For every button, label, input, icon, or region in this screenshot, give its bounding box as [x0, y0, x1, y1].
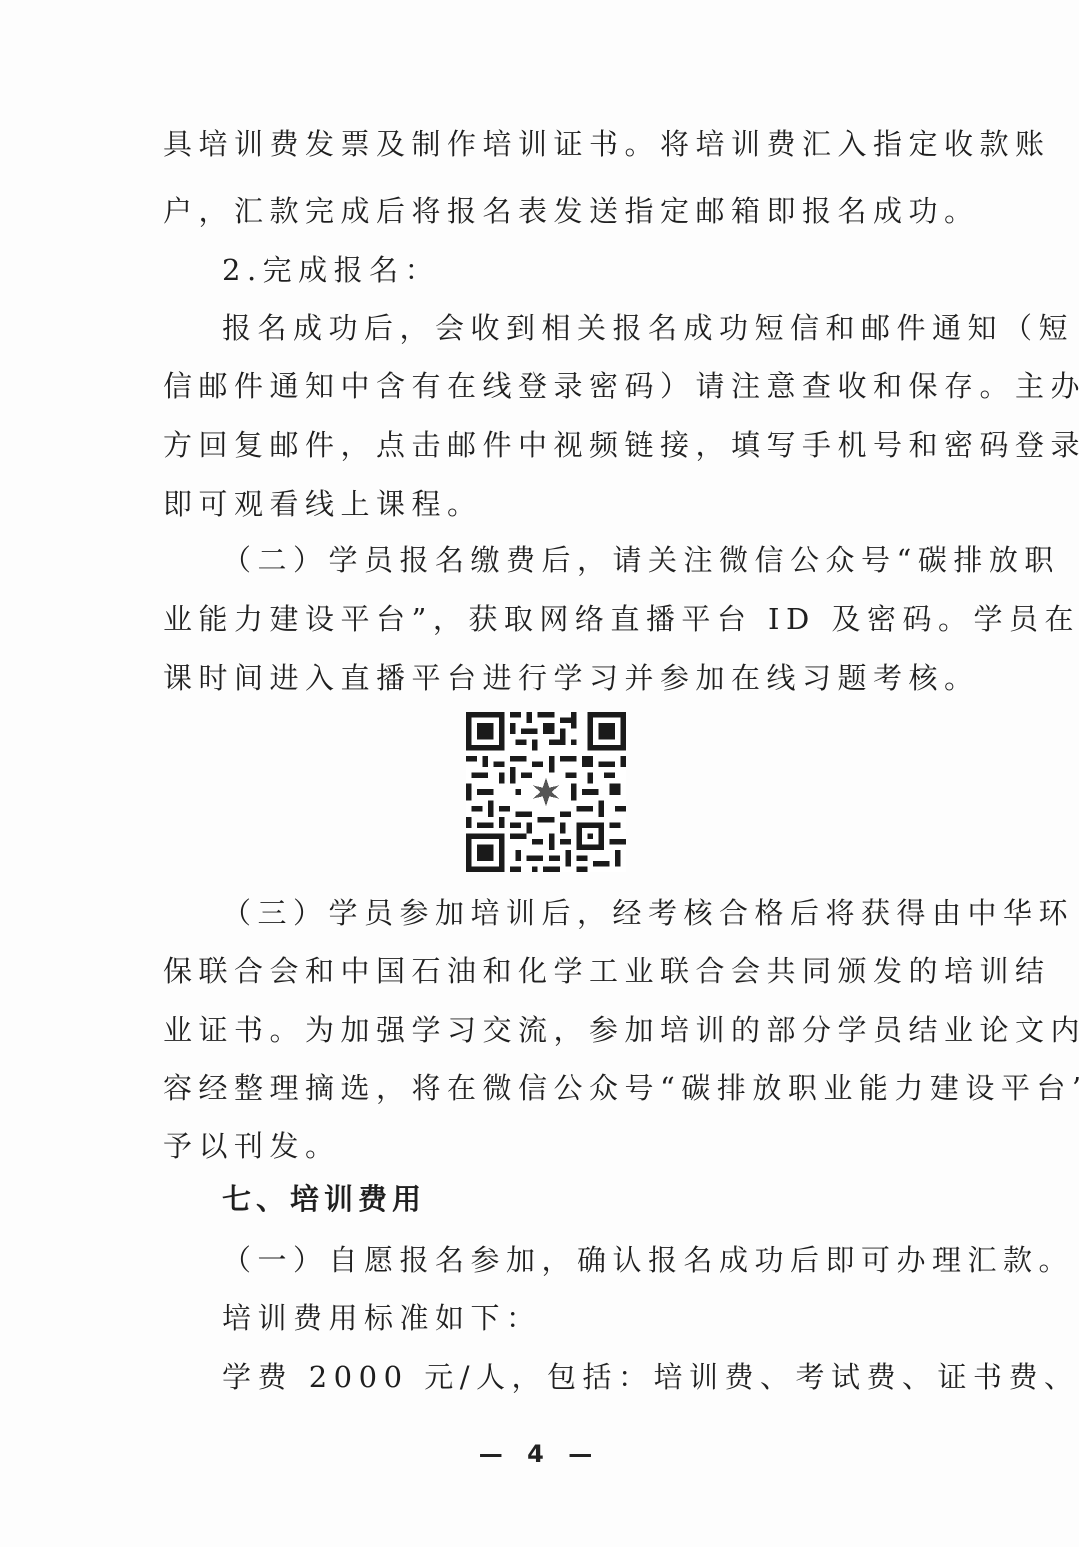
text-line-13: 业证书。为加强学习交流，参加培训的部分学员结业论文内	[163, 1012, 933, 1048]
text-line-7: 即可观看线上课程。	[163, 486, 933, 522]
text-line-1: 具培训费发票及制作培训证书。将培训费汇入指定收款账	[163, 126, 933, 162]
text-line-8: （二）学员报名缴费后，请关注微信公众号“碳排放职	[222, 542, 992, 578]
text-line-9: 业能力建设平台”，获取网络直播平台 ID 及密码。学员在上	[163, 601, 933, 637]
document-page: 具培训费发票及制作培训证书。将培训费汇入指定收款账 户，汇款完成后将报名表发送指…	[0, 0, 1079, 1547]
text-line-6: 方回复邮件，点击邮件中视频链接，填写手机号和密码登录	[163, 427, 933, 463]
text-line-19: 学费 2000 元/人，包括：培训费、考试费、证书费、税	[222, 1359, 992, 1395]
text-line-5: 信邮件通知中含有在线登录密码）请注意查收和保存。主办	[163, 368, 933, 404]
text-line-10: 课时间进入直播平台进行学习并参加在线习题考核。	[163, 660, 933, 696]
text-line-2: 户，汇款完成后将报名表发送指定邮箱即报名成功。	[163, 193, 933, 229]
page-number: — 4 —	[0, 1440, 1079, 1468]
wechat-qr-code[interactable]	[466, 712, 626, 872]
text-line-11: （三）学员参加培训后，经考核合格后将获得由中华环	[222, 895, 992, 931]
text-line-15: 予以刊发。	[163, 1128, 933, 1164]
text-line-14: 容经整理摘选，将在微信公众号“碳排放职业能力建设平台”	[163, 1070, 933, 1106]
section-heading-training-fees: 七、培训费用	[222, 1181, 992, 1217]
text-line-17: （一）自愿报名参加，确认报名成功后即可办理汇款。	[222, 1242, 992, 1278]
text-line-12: 保联合会和中国石油和化学工业联合会共同颁发的培训结	[163, 953, 933, 989]
subheading-complete-registration: 2.完成报名：	[222, 252, 992, 288]
text-line-18: 培训费用标准如下：	[222, 1300, 992, 1336]
text-line-4: 报名成功后，会收到相关报名成功短信和邮件通知（短	[222, 310, 992, 346]
qr-code-icon	[466, 712, 626, 872]
